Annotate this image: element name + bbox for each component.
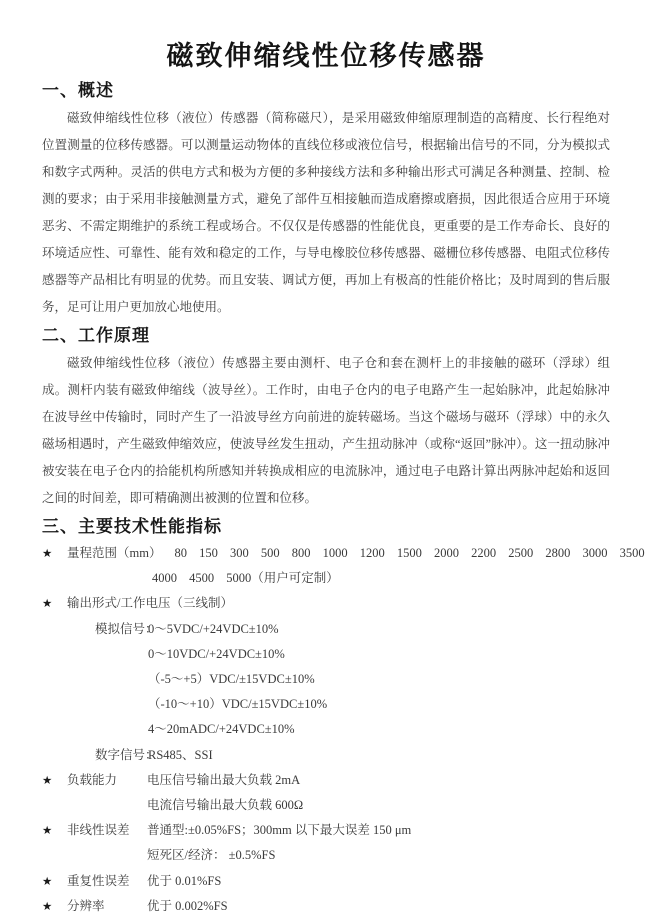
spec-value: 优于 0.002%FS	[147, 894, 610, 919]
spec-value: （-10～+10）VDC/±15VDC±10%	[148, 692, 610, 717]
spec-values-resolution: 优于 0.002%FS	[147, 894, 610, 919]
spec-label-output: 输出形式/工作电压（三线制）	[67, 591, 233, 616]
spec-value: 短死区/经济： ±0.5%FS	[147, 843, 610, 868]
spec-subrow-analog: （-5～+5）VDC/±15VDC±10%	[42, 667, 610, 692]
spec-subrow-analog: 4～20mADC/+24VDC±10%	[42, 717, 610, 742]
spec-subrow-analog: （-10～+10）VDC/±15VDC±10%	[42, 692, 610, 717]
spec-row-load: ★ 负载能力 电压信号输出最大负载 2mA 电流信号输出最大负载 600Ω	[42, 768, 610, 818]
spec-list: ★ 量程范围（mm） 80 150 300 500 800 1000 1200 …	[42, 541, 610, 919]
spec-row-output: ★ 输出形式/工作电压（三线制）	[42, 591, 610, 616]
spec-value: RS485、SSI	[148, 743, 610, 768]
spec-row-repeatability: ★ 重复性误差 优于 0.01%FS	[42, 869, 610, 894]
spec-values-nonlinearity: 普通型:±0.05%FS；300mm 以下最大误差 150 μm 短死区/经济：…	[147, 818, 610, 868]
spec-subrow-digital: 数字信号： RS485、SSI	[42, 743, 610, 768]
spec-value: 优于 0.01%FS	[147, 869, 610, 894]
spec-sublabel: 数字信号：	[95, 743, 148, 768]
spec-row-nonlinearity: ★ 非线性误差 普通型:±0.05%FS；300mm 以下最大误差 150 μm…	[42, 818, 610, 868]
spec-label-load: 负载能力	[67, 768, 147, 793]
principle-paragraph: 磁致伸缩线性位移（液位）传感器主要由测杆、电子仓和套在测杆上的非接触的磁环（浮球…	[42, 350, 610, 512]
star-bullet-icon: ★	[42, 768, 67, 793]
spec-values-load: 电压信号输出最大负载 2mA 电流信号输出最大负载 600Ω	[147, 768, 610, 818]
spec-value: 4000 4500 5000（用户可定制）	[42, 566, 610, 591]
spec-label-resolution: 分辨率	[67, 894, 147, 919]
spec-value: 电流信号输出最大负载 600Ω	[147, 793, 610, 818]
spec-row-resolution: ★ 分辨率 优于 0.002%FS	[42, 894, 610, 919]
spec-sublabel	[95, 692, 148, 717]
spec-label-range: 量程范围（mm）	[67, 541, 161, 566]
star-bullet-icon: ★	[42, 869, 67, 894]
star-bullet-icon: ★	[42, 894, 67, 919]
star-bullet-icon: ★	[42, 818, 67, 843]
spec-subrow-analog: 0～10VDC/+24VDC±10%	[42, 642, 610, 667]
page-title: 磁致伸缩线性位移传感器	[42, 38, 610, 74]
spec-sublabel	[95, 667, 148, 692]
spec-value: 0～5VDC/+24VDC±10%	[148, 617, 610, 642]
spec-value: 电压信号输出最大负载 2mA	[147, 768, 610, 793]
spec-values-repeatability: 优于 0.01%FS	[147, 869, 610, 894]
spec-sublabel	[95, 717, 148, 742]
section-heading-principle: 二、工作原理	[42, 325, 610, 347]
star-bullet-icon: ★	[42, 591, 67, 616]
spec-value: 0～10VDC/+24VDC±10%	[148, 642, 610, 667]
star-bullet-icon: ★	[42, 541, 67, 566]
spec-sublabel: 模拟信号：	[95, 617, 148, 642]
spec-label-nonlinearity: 非线性误差	[67, 818, 147, 843]
document-page: 磁致伸缩线性位移传感器 一、概述 磁致伸缩线性位移（液位）传感器（简称磁尺），是…	[0, 0, 650, 920]
spec-row-range: ★ 量程范围（mm） 80 150 300 500 800 1000 1200 …	[42, 541, 610, 566]
spec-value: 80 150 300 500 800 1000 1200 1500 2000 2…	[174, 541, 610, 566]
spec-label-repeatability: 重复性误差	[67, 869, 147, 894]
section-heading-specs: 三、主要技术性能指标	[42, 516, 610, 538]
spec-value: 普通型:±0.05%FS；300mm 以下最大误差 150 μm	[147, 818, 610, 843]
spec-values-range: 80 150 300 500 800 1000 1200 1500 2000 2…	[174, 541, 610, 566]
overview-paragraph: 磁致伸缩线性位移（液位）传感器（简称磁尺），是采用磁致伸缩原理制造的高精度、长行…	[42, 105, 610, 321]
spec-sublabel	[95, 642, 148, 667]
section-heading-overview: 一、概述	[42, 80, 610, 102]
spec-subrow-analog: 模拟信号： 0～5VDC/+24VDC±10%	[42, 617, 610, 642]
spec-value: 4～20mADC/+24VDC±10%	[148, 717, 610, 742]
spec-value: （-5～+5）VDC/±15VDC±10%	[148, 667, 610, 692]
